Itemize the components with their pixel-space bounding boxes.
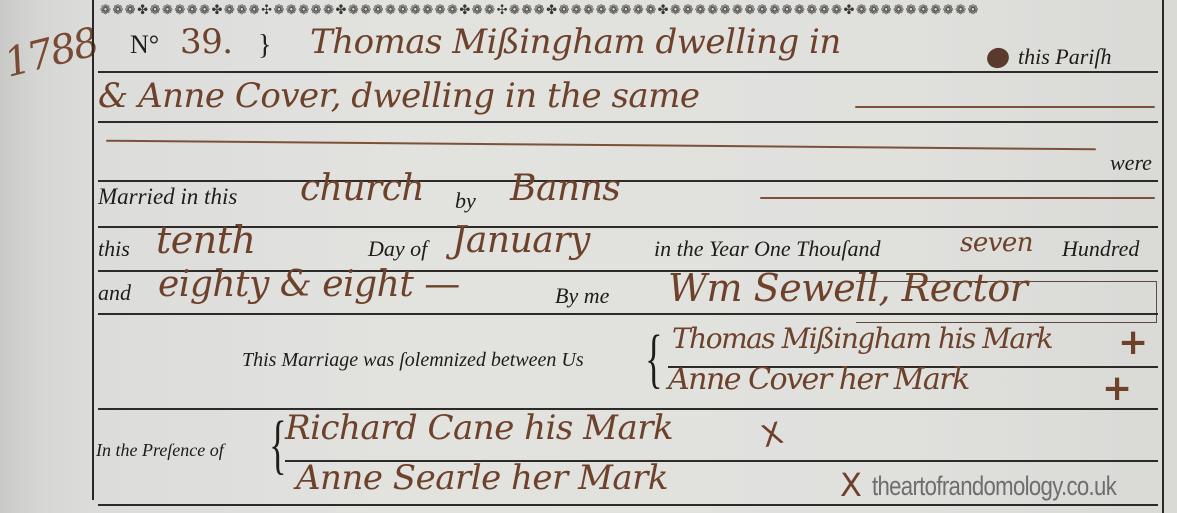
day-value: tenth [156,218,255,262]
witness-2-mark: X [840,466,862,504]
witness-1-signature: Richard Cane his Mark [285,408,673,448]
frame-left-border [92,0,94,500]
married-in-label: Married in this [98,184,237,210]
witnesses-brace: { [269,412,286,478]
ornamental-header-border: ❁❁❁✤❁❁❁❁❁✤❁❁❁✣❁❁❁❁❁✤❁❁❁❁❁❁❁❁❁✤❁❁✣❁❁❁✤❁❁❁… [100,2,1160,18]
bride-name-dwelling: & Anne Cover, dwelling in the same [98,76,700,116]
officiant-signature: Wm Sewell, Rector [668,266,1027,310]
frame-right-border [1162,0,1164,513]
day-of-label: Day of [368,236,427,262]
parish-printed-label: this Pariſh [1018,44,1112,70]
this-label: this [98,236,130,262]
month-value: January [452,220,590,261]
groom-mark: + [1118,322,1148,363]
bride-mark: + [1102,368,1132,409]
marriage-method: Banns [510,168,620,209]
form-rule [98,121,1158,123]
solemnized-label: This Marriage was ſolemnized between Us [242,349,584,372]
hundred-label: Hundred [1062,236,1139,262]
year-century-value: seven [960,228,1033,258]
witness-1-mark: X [758,416,787,455]
year-label: in the Year One Thouſand [654,236,881,262]
bride-signature: Anne Cover her Mark [668,362,969,397]
entry-number-label: N° [130,30,159,60]
ink-blot [984,45,1012,71]
groom-name-dwelling: Thomas Mißingham dwelling in [310,22,841,62]
presence-label: In the Preſence of [96,440,224,461]
entry-number-value: 39. [180,22,233,62]
and-label: and [98,280,131,306]
ink-fill-line [760,197,1155,199]
form-rule [98,504,1158,506]
form-rule [98,313,1158,315]
margin-year-annotation: 1788 [0,19,102,86]
by-label: by [455,188,476,214]
year-rest-value: eighty & eight — [158,264,460,305]
parties-brace: { [645,326,662,392]
marriage-place: church [300,168,424,209]
groom-signature: Thomas Mißingham his Mark [672,322,1052,355]
register-page: 1788 ❁❁❁✤❁❁❁❁❁✤❁❁❁✣❁❁❁❁❁✤❁❁❁❁❁❁❁❁❁✤❁❁✣❁❁… [0,0,1177,513]
watermark-text: theartofrandomology.co.uk [872,471,1116,502]
ink-fill-line [855,106,1155,108]
entry-number-brace: } [258,32,271,60]
form-rule [98,180,1158,182]
ink-fill-line [106,140,1096,151]
witness-2-signature: Anne Searle her Mark [296,458,668,498]
form-rule [98,71,1158,73]
were-label: were [1110,150,1152,176]
by-me-label: By me [555,283,609,309]
